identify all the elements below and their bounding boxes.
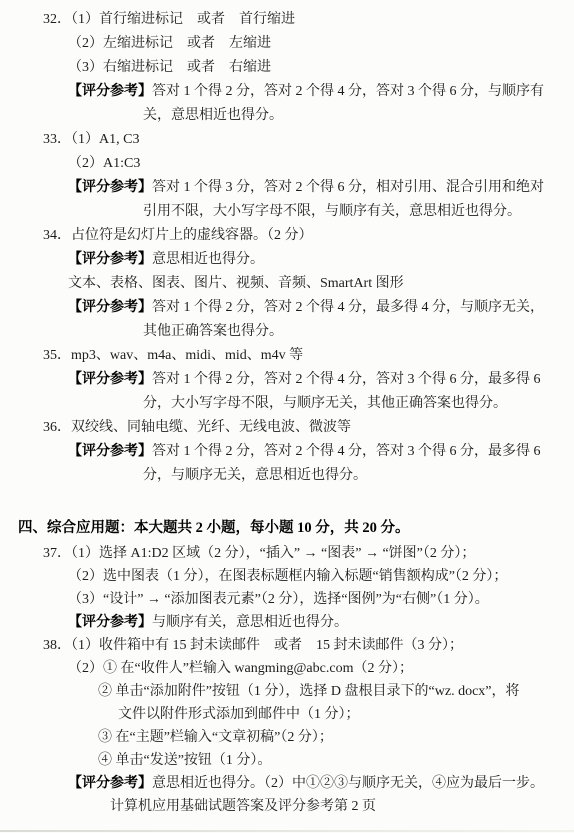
line-text: 关，意思相近也得分。	[143, 108, 283, 123]
scan-bottom-edge	[0, 830, 574, 832]
line-text: 32．（1）首行缩进标记 或者 首行缩进	[43, 12, 295, 27]
line-text: 答对 1 个得 2 分，答对 2 个得 4 分，答对 3 个得 6 分，最多得 …	[152, 372, 541, 387]
line-text: 分，与顺序无关，意思相近也得分。	[143, 468, 367, 483]
section-four-heading: 四、综合应用题：本大题共 2 小题，每小题 10 分，共 20 分。	[18, 514, 574, 542]
score-reference-wrap-line: 分，大小写字母不限，与顺序无关，其他正确答案也得分。	[143, 392, 574, 416]
line-text: 答对 1 个得 2 分，答对 2 个得 4 分，最多得 4 分，与顺序无关，	[152, 300, 544, 315]
question-answer-line: 34．占位符是幻灯片上的虚线容器。（2 分）	[43, 224, 574, 248]
score-ref-label: 【评分参考】	[68, 84, 152, 99]
line-text: 答对 1 个得 3 分，答对 2 个得 6 分，相对引用、混合引用和绝对	[152, 180, 544, 195]
line-text: 答对 1 个得 2 分，答对 2 个得 4 分，答对 3 个得 6 分，与顺序有	[152, 84, 544, 99]
score-ref-label: 【评分参考】	[68, 180, 152, 195]
answer-detail-line: 文本、表格、图表、图片、视频、音频、SmartArt 图形	[68, 272, 574, 296]
line-text: （3）右缩进标记 或者 右缩进	[68, 60, 271, 75]
score-reference-wrap-line: 引用不限，大小写字母不限，与顺序有关，意思相近也得分。	[143, 200, 574, 224]
question-answer-line: 35．mp3、wav、m4a、midi、mid、m4v 等	[43, 344, 574, 368]
question-answer-line: 37．（1）选择 A1:D2 区域（2 分），“插入” → “图表” → “饼图…	[43, 542, 574, 565]
score-ref-label: 【评分参考】	[68, 252, 152, 267]
score-reference-line: 【评分参考】答对 1 个得 2 分，答对 2 个得 4 分，答对 3 个得 6 …	[68, 368, 574, 392]
question-answer-line: 33．（1）A1, C3	[43, 128, 574, 152]
line-text: 文本、表格、图表、图片、视频、音频、SmartArt 图形	[68, 276, 404, 291]
line-text: 37．（1）选择 A1:D2 区域（2 分），“插入” → “图表” → “饼图…	[43, 546, 475, 561]
answer-detail-line: （3）右缩进标记 或者 右缩进	[68, 56, 574, 80]
score-reference-line: 【评分参考】答对 1 个得 2 分，答对 2 个得 4 分，答对 3 个得 6 …	[68, 80, 574, 104]
line-text: 意思相近也得分。	[152, 252, 264, 267]
line-text: 34．占位符是幻灯片上的虚线容器。（2 分）	[43, 228, 313, 243]
line-text: 其他正确答案也得分。	[143, 324, 283, 339]
step-item-line: ④ 单击“发送”按钮（1 分）。	[98, 749, 574, 772]
line-text: ② 单击“添加附件”按钮（1 分），选择 D 盘根目录下的“wz. docx”，…	[98, 684, 520, 699]
document-page: 32．（1）首行缩进标记 或者 首行缩进（2）左缩进标记 或者 左缩进（3）右缩…	[0, 0, 574, 818]
line-text: （2）选中图表（1 分），在图表标题框内输入标题“销售额构成”（2 分）；	[68, 569, 507, 584]
line-text: （2）① 在“收件人”栏输入 wangming@abc.com（2 分）；	[68, 661, 413, 676]
line-text: 分，大小写字母不限，与顺序无关，其他正确答案也得分。	[143, 396, 507, 411]
line-text: （2）A1:C3	[68, 156, 140, 171]
question-answer-line: 36．双绞线、同轴电缆、光纤、无线电波、微波等	[43, 416, 574, 440]
score-reference-line: 【评分参考】意思相近也得分。	[68, 248, 574, 272]
score-ref-label: 【评分参考】	[68, 444, 152, 459]
step-item-line: ③ 在“主题”栏输入“文章初稿”（2 分）；	[98, 726, 574, 749]
score-ref-label: 【评分参考】	[68, 776, 152, 791]
score-ref-label: 【评分参考】	[68, 372, 152, 387]
line-text: 38．（1）收件箱中有 15 封未读邮件 或者 15 封未读邮件（3 分）；	[43, 638, 463, 653]
score-reference-wrap-line: 分，与顺序无关，意思相近也得分。	[143, 464, 574, 488]
score-reference-line: 【评分参考】答对 1 个得 2 分，答对 2 个得 4 分，答对 3 个得 6 …	[68, 440, 574, 464]
score-reference-wrap-line: 关，意思相近也得分。	[143, 104, 574, 128]
answer-detail-line: （2）选中图表（1 分），在图表标题框内输入标题“销售额构成”（2 分）；	[68, 565, 574, 588]
line-text: （2）左缩进标记 或者 左缩进	[68, 36, 271, 51]
answers-block-questions-32-36: 32．（1）首行缩进标记 或者 首行缩进（2）左缩进标记 或者 左缩进（3）右缩…	[0, 8, 574, 488]
score-reference-wrap-line: 其他正确答案也得分。	[143, 320, 574, 344]
score-reference-line: 【评分参考】意思相近也得分。（2）中①②③与顺序无关，④应为最后一步。	[68, 772, 574, 795]
answer-detail-line: （2）左缩进标记 或者 左缩进	[68, 32, 574, 56]
score-reference-line: 【评分参考】与顺序有关，意思相近也得分。	[68, 611, 574, 634]
answer-detail-line: （2）A1:C3	[68, 152, 574, 176]
score-reference-line: 【评分参考】答对 1 个得 2 分，答对 2 个得 4 分，最多得 4 分，与顺…	[68, 296, 574, 320]
line-text: 文件以附件形式添加到邮件中（1 分）；	[118, 707, 360, 722]
question-answer-line: 38．（1）收件箱中有 15 封未读邮件 或者 15 封未读邮件（3 分）；	[43, 634, 574, 657]
line-text: ③ 在“主题”栏输入“文章初稿”（2 分）；	[98, 730, 333, 745]
score-ref-label: 【评分参考】	[68, 300, 152, 315]
score-reference-line: 【评分参考】答对 1 个得 3 分，答对 2 个得 6 分，相对引用、混合引用和…	[68, 176, 574, 200]
step-wrap-line: 文件以附件形式添加到邮件中（1 分）；	[118, 703, 574, 726]
answer-detail-line: （3）“设计” → “添加图表元素”（2 分），选择“图例”为“右侧”（1 分）…	[68, 588, 574, 611]
line-text: 33．（1）A1, C3	[43, 132, 139, 147]
line-text: 36．双绞线、同轴电缆、光纤、无线电波、微波等	[43, 420, 351, 435]
line-text: ④ 单击“发送”按钮（1 分）。	[98, 753, 271, 768]
line-text: 引用不限，大小写字母不限，与顺序有关，意思相近也得分。	[143, 204, 521, 219]
page-footer: 计算机应用基础试题答案及评分参考第 2 页	[110, 795, 574, 818]
line-text: 35．mp3、wav、m4a、midi、mid、m4v 等	[43, 348, 303, 363]
line-text: 与顺序有关，意思相近也得分。	[152, 615, 348, 630]
line-text: 意思相近也得分。（2）中①②③与顺序无关，④应为最后一步。	[152, 776, 544, 791]
line-text: （3）“设计” → “添加图表元素”（2 分），选择“图例”为“右侧”（1 分）…	[68, 592, 489, 607]
line-text: 答对 1 个得 2 分，答对 2 个得 4 分，答对 3 个得 6 分，最多得 …	[152, 444, 541, 459]
question-answer-line: 32．（1）首行缩进标记 或者 首行缩进	[43, 8, 574, 32]
answer-detail-line: （2）① 在“收件人”栏输入 wangming@abc.com（2 分）；	[68, 657, 574, 680]
step-item-line: ② 单击“添加附件”按钮（1 分），选择 D 盘根目录下的“wz. docx”，…	[98, 680, 574, 703]
answers-block-questions-37-38: 37．（1）选择 A1:D2 区域（2 分），“插入” → “图表” → “饼图…	[0, 542, 574, 795]
score-ref-label: 【评分参考】	[68, 615, 152, 630]
